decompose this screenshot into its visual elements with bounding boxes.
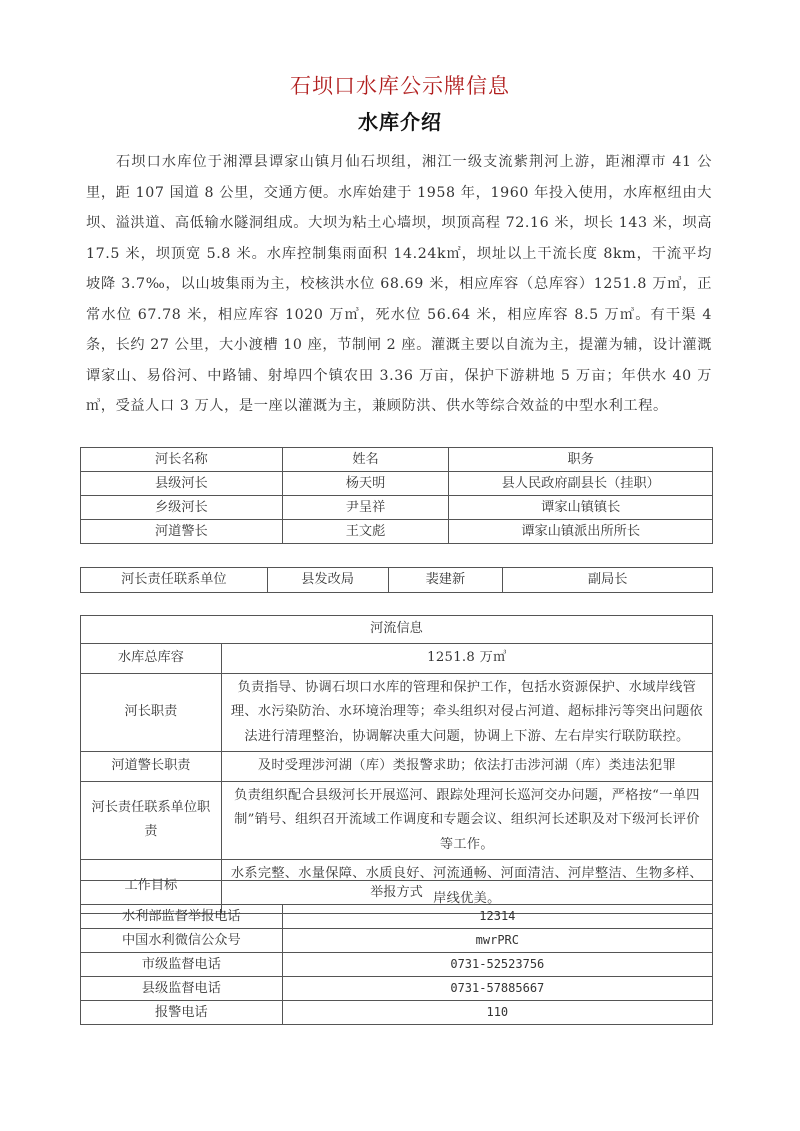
cell-label: 河长职责 [81, 673, 222, 752]
liaison-unit-table: 河长责任联系单位 县发改局 裴建新 副局长 [80, 567, 713, 593]
header-cell: 河长名称 [81, 448, 283, 472]
cell-liaison-position: 副局长 [503, 568, 713, 593]
cell-value: 12314 [282, 905, 712, 929]
cell-label: 中国水利微信公众号 [81, 929, 283, 953]
cell-position: 谭家山镇派出所所长 [449, 520, 713, 544]
cell-position: 县人民政府副县长（挂职） [449, 472, 713, 496]
table-row: 报警电话 110 [81, 1001, 713, 1025]
table-row: 中国水利微信公众号 mwrPRC [81, 929, 713, 953]
table-row: 县级监督电话 0731-57885667 [81, 977, 713, 1001]
table-row: 市级监督电话 0731-52523756 [81, 953, 713, 977]
cell-label: 县级监督电话 [81, 977, 283, 1001]
table-row: 河长职责 负责指导、协调石坝口水库的管理和保护工作，包括水资源保护、水域岸线管理… [81, 673, 713, 752]
table-row: 河长责任联系单位职责 负责组织配合县级河长开展巡河、跟踪处理河长巡河交办问题，严… [81, 781, 713, 860]
report-heading: 举报方式 [81, 881, 713, 905]
cell-value: 0731-57885667 [282, 977, 712, 1001]
intro-paragraph: 石坝口水库位于湘潭县谭家山镇月仙石坝组，湘江一级支流紫荆河上游，距湘潭市 41 … [86, 147, 712, 422]
river-chief-table: 河长名称 姓名 职务 县级河长 杨天明 县人民政府副县长（挂职） 乡级河长 尹呈… [80, 447, 713, 544]
cell-value: 负责组织配合县级河长开展巡河、跟踪处理河长巡河交办问题，严格按“一单四制”销号、… [221, 781, 712, 860]
table-heading-row: 举报方式 [81, 881, 713, 905]
river-info-table: 河流信息 水库总库容 1251.8 万㎥ 河长职责 负责指导、协调石坝口水库的管… [80, 615, 713, 914]
cell-liaison-unit: 县发改局 [267, 568, 388, 593]
table-row: 水库总库容 1251.8 万㎥ [81, 644, 713, 674]
table-header-row: 河长名称 姓名 职务 [81, 448, 713, 472]
cell-value: 负责指导、协调石坝口水库的管理和保护工作，包括水资源保护、水域岸线管理、水污染防… [221, 673, 712, 752]
river-info-heading: 河流信息 [81, 616, 713, 644]
cell-value: 0731-52523756 [282, 953, 712, 977]
cell-name: 王文彪 [282, 520, 449, 544]
header-cell: 姓名 [282, 448, 449, 472]
table-row: 县级河长 杨天明 县人民政府副县长（挂职） [81, 472, 713, 496]
table-row: 河道警长 王文彪 谭家山镇派出所所长 [81, 520, 713, 544]
report-contact-table: 举报方式 水利部监督举报电话 12314 中国水利微信公众号 mwrPRC 市级… [80, 880, 713, 1025]
section-title-intro: 水库介绍 [0, 106, 800, 135]
cell-name: 尹呈祥 [282, 496, 449, 520]
cell-liaison-person: 裴建新 [388, 568, 503, 593]
cell-value: 及时受理涉河湖（库）类报警求助；依法打击涉河湖（库）类违法犯罪 [221, 752, 712, 782]
cell-label: 报警电话 [81, 1001, 283, 1025]
cell-label: 河长责任联系单位职责 [81, 781, 222, 860]
page-title: 石坝口水库公示牌信息 [0, 70, 800, 100]
cell-label: 河道警长职责 [81, 752, 222, 782]
cell-liaison-label: 河长责任联系单位 [81, 568, 268, 593]
cell-label: 市级监督电话 [81, 953, 283, 977]
header-cell: 职务 [449, 448, 713, 472]
cell-value: 1251.8 万㎥ [221, 644, 712, 674]
cell-value: mwrPRC [282, 929, 712, 953]
cell-value: 110 [282, 1001, 712, 1025]
table-row: 乡级河长 尹呈祥 谭家山镇镇长 [81, 496, 713, 520]
table-row: 河长责任联系单位 县发改局 裴建新 副局长 [81, 568, 713, 593]
cell-name: 杨天明 [282, 472, 449, 496]
table-heading-row: 河流信息 [81, 616, 713, 644]
cell-role: 县级河长 [81, 472, 283, 496]
cell-role: 乡级河长 [81, 496, 283, 520]
cell-position: 谭家山镇镇长 [449, 496, 713, 520]
cell-label: 水库总库容 [81, 644, 222, 674]
table-row: 河道警长职责 及时受理涉河湖（库）类报警求助；依法打击涉河湖（库）类违法犯罪 [81, 752, 713, 782]
table-row: 水利部监督举报电话 12314 [81, 905, 713, 929]
cell-role: 河道警长 [81, 520, 283, 544]
cell-label: 水利部监督举报电话 [81, 905, 283, 929]
